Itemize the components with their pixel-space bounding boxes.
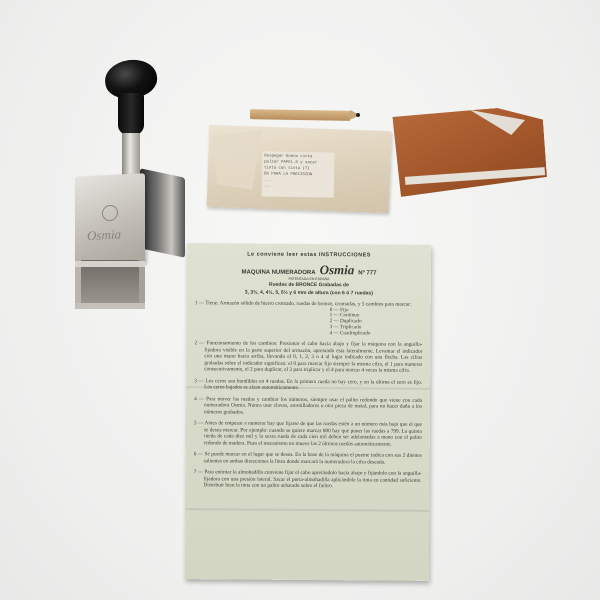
mode-item: 4 — Cuadruplicado xyxy=(330,331,423,337)
envelope-label-line: ... xyxy=(264,183,332,190)
machine-handle xyxy=(118,93,144,135)
instruction-item: 1 — Tiene: Armazón sólido de hierro crom… xyxy=(195,300,423,308)
sheet-spec-line: 3, 3½, 4, 4½, 5, 5½ y 6 mm de altura (co… xyxy=(195,289,423,297)
instruction-item: 6 — Se puede marcar en el lugar que se d… xyxy=(194,452,422,467)
instruction-item: 2 — Funcionamiento de los cambios: Presi… xyxy=(194,341,422,375)
brand-logo-icon xyxy=(102,205,118,222)
pencil-lead xyxy=(356,113,360,117)
machine-body: Osmia xyxy=(75,173,145,267)
sheet-header: Le conviene leer estas INSTRUCCIONES xyxy=(195,251,423,259)
instruction-item: 3 — Los ceros son hundibles en 4 ruedas.… xyxy=(194,378,422,393)
numbering-machine: Osmia xyxy=(60,55,190,315)
instruction-item: 5 — Antes de empezar a numerar hay que f… xyxy=(194,421,422,449)
mode-list: 0 — Fijo 1 — Continuo 2 — Duplicado 3 — … xyxy=(330,308,423,338)
pencil xyxy=(250,109,350,121)
instruction-item: 7 — Para entintar la almohadilla convien… xyxy=(193,470,421,491)
machine-brand: Osmia xyxy=(87,226,121,244)
sheet-brand: Osmia xyxy=(320,262,355,278)
instruction-item: 4 — Para mover las ruedas y cambiar los … xyxy=(194,396,422,417)
machine-frame-base xyxy=(75,303,145,309)
machine-side-mechanism xyxy=(140,168,185,258)
envelope-label: Despegar bueno cinta pulsar PAPEL.S y sa… xyxy=(262,151,335,197)
sheet-title-prefix: MAQUINA NUMERADORA xyxy=(241,270,315,277)
sheet-model: Nº 777 xyxy=(358,270,376,276)
machine-frame-bar xyxy=(75,261,145,267)
instruction-sheet: Le conviene leer estas INSTRUCCIONES MAQ… xyxy=(185,243,431,581)
machine-frame xyxy=(75,260,145,308)
